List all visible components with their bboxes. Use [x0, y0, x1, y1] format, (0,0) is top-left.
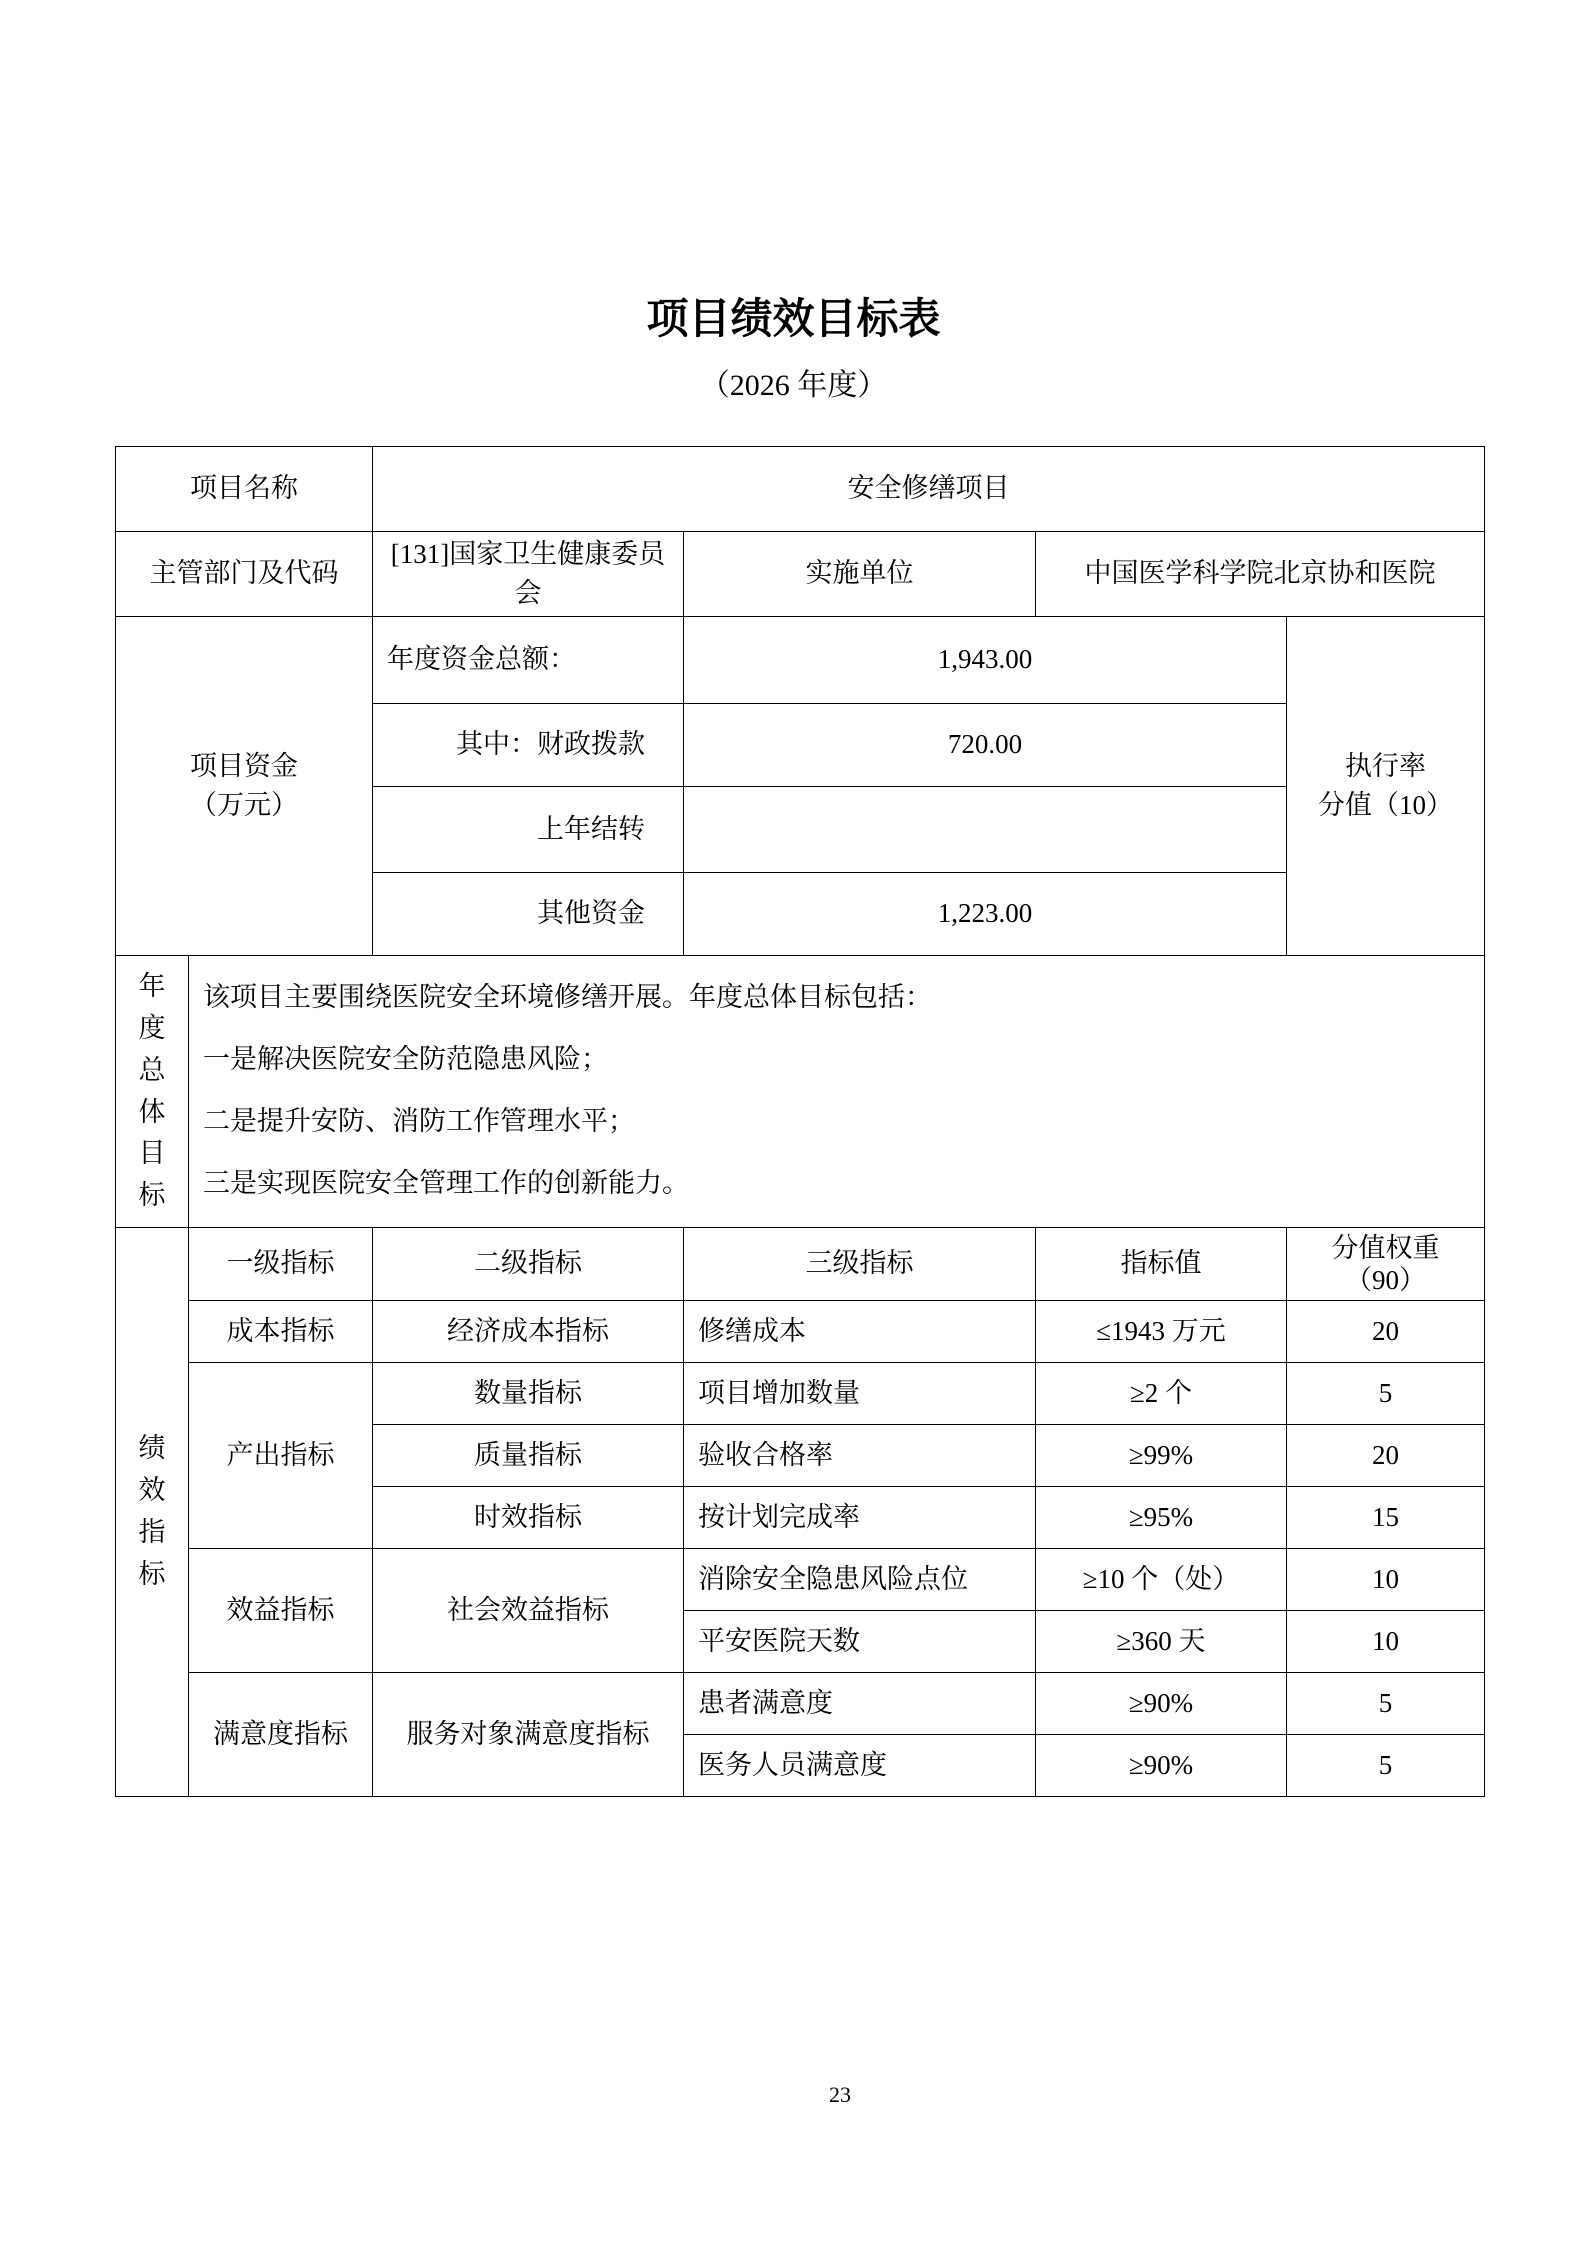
funds-label-line1: 项目资金 — [126, 747, 362, 786]
funds-label: 项目资金 （万元） — [116, 617, 373, 956]
value-cell: ≥360 天 — [1036, 1611, 1287, 1673]
execution-rate-score: 执行率 分值（10） — [1287, 617, 1485, 956]
table-row: 满意度指标 服务对象满意度指标 患者满意度 ≥90% 5 — [116, 1673, 1485, 1735]
value-cell: ≥2 个 — [1036, 1363, 1287, 1425]
implementing-unit-value: 中国医学科学院北京协和医院 — [1036, 532, 1485, 617]
level2-cell: 社会效益指标 — [373, 1549, 684, 1673]
header-weight-line1: 分值权重 — [1297, 1232, 1474, 1264]
weight-cell: 5 — [1287, 1673, 1485, 1735]
project-name-value: 安全修缮项目 — [373, 447, 1485, 532]
level2-cell: 时效指标 — [373, 1487, 684, 1549]
level1-cell: 满意度指标 — [189, 1673, 373, 1797]
level3-cell: 按计划完成率 — [684, 1487, 1036, 1549]
value-cell: ≤1943 万元 — [1036, 1301, 1287, 1363]
goal-line: 该项目主要围绕医院安全环境修缮开展。年度总体目标包括： — [203, 966, 1470, 1028]
goal-label-char: 度 — [116, 1008, 188, 1050]
funds-carryover-label: 上年结转 — [373, 787, 684, 873]
level3-cell: 修缮成本 — [684, 1301, 1036, 1363]
indicator-label-char: 绩 — [116, 1428, 188, 1470]
funds-other-label: 其他资金 — [373, 873, 684, 956]
level2-cell: 服务对象满意度指标 — [373, 1673, 684, 1797]
funds-fiscal-label: 其中：财政拨款 — [373, 704, 684, 787]
goal-line: 二是提升安防、消防工作管理水平； — [203, 1090, 1470, 1152]
funds-other-value: 1,223.00 — [684, 873, 1287, 956]
weight-cell: 15 — [1287, 1487, 1485, 1549]
page-subtitle-year: （2026 年度） — [0, 360, 1587, 404]
weight-cell: 10 — [1287, 1549, 1485, 1611]
execution-rate-line2: 分值（10） — [1297, 786, 1474, 825]
annual-goals-label: 年 度 总 体 目 标 — [116, 956, 189, 1228]
weight-cell: 20 — [1287, 1425, 1485, 1487]
value-cell: ≥90% — [1036, 1735, 1287, 1797]
goal-label-char: 总 — [116, 1050, 188, 1092]
goal-label-char: 体 — [116, 1092, 188, 1134]
funds-total-value: 1,943.00 — [684, 617, 1287, 704]
level2-cell: 经济成本指标 — [373, 1301, 684, 1363]
level1-cell: 产出指标 — [189, 1363, 373, 1549]
execution-rate-line1: 执行率 — [1297, 747, 1474, 786]
weight-cell: 5 — [1287, 1735, 1485, 1797]
funds-fiscal-value: 720.00 — [684, 704, 1287, 787]
performance-indicators-label: 绩 效 指 标 — [116, 1228, 189, 1797]
level3-cell: 消除安全隐患风险点位 — [684, 1549, 1036, 1611]
level1-cell: 成本指标 — [189, 1301, 373, 1363]
header-level2: 二级指标 — [373, 1228, 684, 1301]
level3-cell: 患者满意度 — [684, 1673, 1036, 1735]
header-value: 指标值 — [1036, 1228, 1287, 1301]
table-row: 成本指标 经济成本指标 修缮成本 ≤1943 万元 20 — [116, 1301, 1485, 1363]
department-value: [131]国家卫生健康委员会 — [373, 532, 684, 617]
value-cell: ≥90% — [1036, 1673, 1287, 1735]
level3-cell: 平安医院天数 — [684, 1611, 1036, 1673]
funds-label-line2: （万元） — [126, 786, 362, 825]
table-row: 效益指标 社会效益指标 消除安全隐患风险点位 ≥10 个（处） 10 — [116, 1549, 1485, 1611]
header-weight: 分值权重 （90） — [1287, 1228, 1485, 1301]
performance-target-table: 项目名称 安全修缮项目 主管部门及代码 [131]国家卫生健康委员会 实施单位 … — [115, 446, 1485, 1797]
value-cell: ≥10 个（处） — [1036, 1549, 1287, 1611]
funds-row-total: 项目资金 （万元） 年度资金总额： 1,943.00 执行率 分值（10） — [116, 617, 1485, 704]
level1-cell: 效益指标 — [189, 1549, 373, 1673]
weight-cell: 20 — [1287, 1301, 1485, 1363]
level3-cell: 验收合格率 — [684, 1425, 1036, 1487]
annual-goals-text: 该项目主要围绕医院安全环境修缮开展。年度总体目标包括： 一是解决医院安全防范隐患… — [189, 956, 1485, 1228]
goal-label-char: 年 — [116, 966, 188, 1008]
annual-goals-row: 年 度 总 体 目 标 该项目主要围绕医院安全环境修缮开展。年度总体目标包括： … — [116, 956, 1485, 1228]
page-number: 23 — [790, 2082, 890, 2108]
level2-cell: 质量指标 — [373, 1425, 684, 1487]
indicator-label-char: 指 — [116, 1512, 188, 1554]
indicator-label-char: 标 — [116, 1554, 188, 1596]
project-name-label: 项目名称 — [116, 447, 373, 532]
level2-cell: 数量指标 — [373, 1363, 684, 1425]
level3-cell: 医务人员满意度 — [684, 1735, 1036, 1797]
goal-line: 一是解决医院安全防范隐患风险； — [203, 1028, 1470, 1090]
goal-label-char: 标 — [116, 1175, 188, 1217]
weight-cell: 10 — [1287, 1611, 1485, 1673]
indicator-header-row: 绩 效 指 标 一级指标 二级指标 三级指标 指标值 分值权重 （90） — [116, 1228, 1485, 1301]
funds-carryover-value — [684, 787, 1287, 873]
department-label: 主管部门及代码 — [116, 532, 373, 617]
header-level3: 三级指标 — [684, 1228, 1036, 1301]
funds-total-label: 年度资金总额： — [373, 617, 684, 704]
implementing-unit-label: 实施单位 — [684, 532, 1036, 617]
indicator-label-char: 效 — [116, 1470, 188, 1512]
weight-cell: 5 — [1287, 1363, 1485, 1425]
value-cell: ≥99% — [1036, 1425, 1287, 1487]
project-name-row: 项目名称 安全修缮项目 — [116, 447, 1485, 532]
table-row: 产出指标 数量指标 项目增加数量 ≥2 个 5 — [116, 1363, 1485, 1425]
department-row: 主管部门及代码 [131]国家卫生健康委员会 实施单位 中国医学科学院北京协和医… — [116, 532, 1485, 617]
goal-line: 三是实现医院安全管理工作的创新能力。 — [203, 1152, 1470, 1214]
header-level1: 一级指标 — [189, 1228, 373, 1301]
goal-label-char: 目 — [116, 1133, 188, 1175]
level3-cell: 项目增加数量 — [684, 1363, 1036, 1425]
page-title: 项目绩效目标表 — [0, 286, 1587, 346]
header-weight-line2: （90） — [1297, 1264, 1474, 1296]
value-cell: ≥95% — [1036, 1487, 1287, 1549]
